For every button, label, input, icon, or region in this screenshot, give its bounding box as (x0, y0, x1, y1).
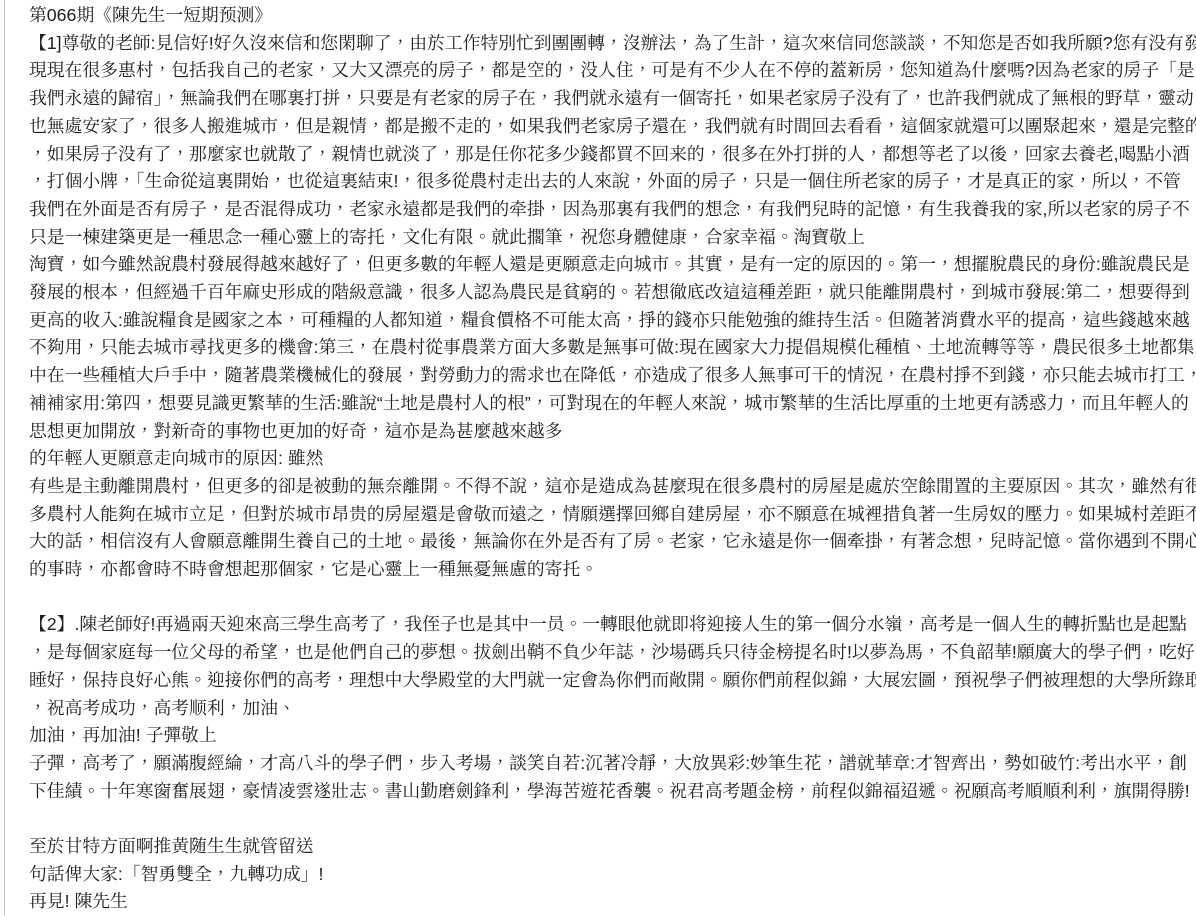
text-line: 我們永遠的歸宿」，無論我們在哪裏打拼，只要是有老家的房子在，我們就永遠有一個寄托… (29, 85, 1196, 113)
text-line: 的年輕人更願意走向城市的原因: 雖然 (29, 445, 1196, 473)
text-line: 加油，再加油! 子彈敬上 (29, 722, 1196, 750)
text-line: 【2】.陳老師好!再過兩天迎來高三學生高考了，我侄子也是其中一员。一轉眼他就即将… (29, 611, 1196, 639)
text-line: 大的話，相信沒有人會願意離開生養自己的土地。最後，無論你在外是否有了房。老家，它… (29, 528, 1196, 556)
text-line: 子彈，高考了，願滿腹經綸，才高八斗的學子們，步入考場，談笑自若:沉著冷靜，大放異… (29, 750, 1196, 778)
text-line: 現現在很多惠村，包括我自己的老家，又大又漂亮的房子，都是空的，没人住，可是有不少… (29, 57, 1196, 85)
text-line: ，是每個家庭每一位父母的希望，也是他們自己的夢想。拔劍出鞘不負少年誌，沙場碼兵只… (29, 639, 1196, 667)
text-line: 的事時，亦都會時不時會想起那個家，它是心靈上一種無憂無慮的寄托。 (29, 556, 1196, 584)
document-body: 【1]尊敬的老師:見信好!好久沒來信和您閑聊了，由於工作特別忙到團團轉，沒辦法，… (29, 30, 1196, 916)
text-line: 有些是主動離開農村，但更多的卻是被動的無奈離開。不得不說，這亦是造成為甚麼現在很… (29, 473, 1196, 501)
text-line: 更高的收入:雖說糧食是國家之本，可種糧的人都知道，糧食價格不可能太高，掙的錢亦只… (29, 307, 1196, 335)
text-line (29, 805, 1196, 833)
text-line: 至於甘特方面啊推黄随生生就管留送 (29, 833, 1196, 861)
document-title: 第066期《陳先生一短期预测》 (29, 2, 1196, 30)
text-line: 只是一棟建築更是一種思念一種心靈上的寄托，文化有限。就此擱筆，祝您身體健康，合家… (29, 224, 1196, 252)
text-line: ，如果房子没有了，那麼家也就散了，親情也就淡了，那是任你花多少錢都買不回来的，很… (29, 141, 1196, 169)
text-line: 我們在外面是否有房子，是否混得成功，老家永遠都是我們的牵掛，因為那裏有我們的想念… (29, 196, 1196, 224)
text-line: 再見! 陳先生 (29, 888, 1196, 916)
text-line: 下佳績。十年寒窗奮展翅，豪情凌雲遂壯志。書山勤磨劍鋒利，學海苦遊花香襲。祝君高考… (29, 778, 1196, 806)
text-line: 補補家用:第四，想要見識更繁華的生活:雖說“土地是農村人的根”，可對現在的年輕人… (29, 390, 1196, 418)
text-line: 句話俾大家:「智勇雙全，九轉功成」! (29, 861, 1196, 889)
text-line: ，祝高考成功，高考顺利，加油、 (29, 695, 1196, 723)
text-line: 睡好，保持良好心熊。迎接你們的高考，理想中大學殿堂的大門就一定會為你們而敞開。願… (29, 667, 1196, 695)
text-line: 不夠用，只能去城市尋找更多的機會:第三，在農村從事農業方面大多數是無事可做:現在… (29, 334, 1196, 362)
text-line: ，打個小牌，「生命從這裏開始，也從這裏結束!，很多從農村走出去的人來說，外面的房… (29, 168, 1196, 196)
document: 第066期《陳先生一短期预测》 【1]尊敬的老師:見信好!好久沒來信和您閑聊了，… (0, 0, 1196, 916)
text-line (29, 584, 1196, 612)
text-line: 多農村人能夠在城市立足，但對於城市昂贵的房屋還是會敬而遠之，情願選擇回鄉自建房屋… (29, 501, 1196, 529)
text-line: 思想更加開放，對新奇的事物也更加的好奇，這亦是為甚麼越來越多 (29, 418, 1196, 446)
text-line: 發展的根本，但經過千百年麻史形成的階級意識，很多人認為農民是貧窮的。若想徹底改這… (29, 279, 1196, 307)
text-line: 中在一些種植大戶手中，隨著農業機械化的發展，對勞動力的需求也在降低，亦造成了很多… (29, 362, 1196, 390)
text-line: 【1]尊敬的老師:見信好!好久沒來信和您閑聊了，由於工作特別忙到團團轉，沒辦法，… (29, 30, 1196, 58)
text-line: 淘寶，如今雖然說農村發展得越來越好了，但更多數的年輕人還是更願意走向城市。其實，… (29, 251, 1196, 279)
text-line: 也無處安家了，很多人搬進城市，但是親情，都是搬不走的，如果我們老家房子還在，我們… (29, 113, 1196, 141)
